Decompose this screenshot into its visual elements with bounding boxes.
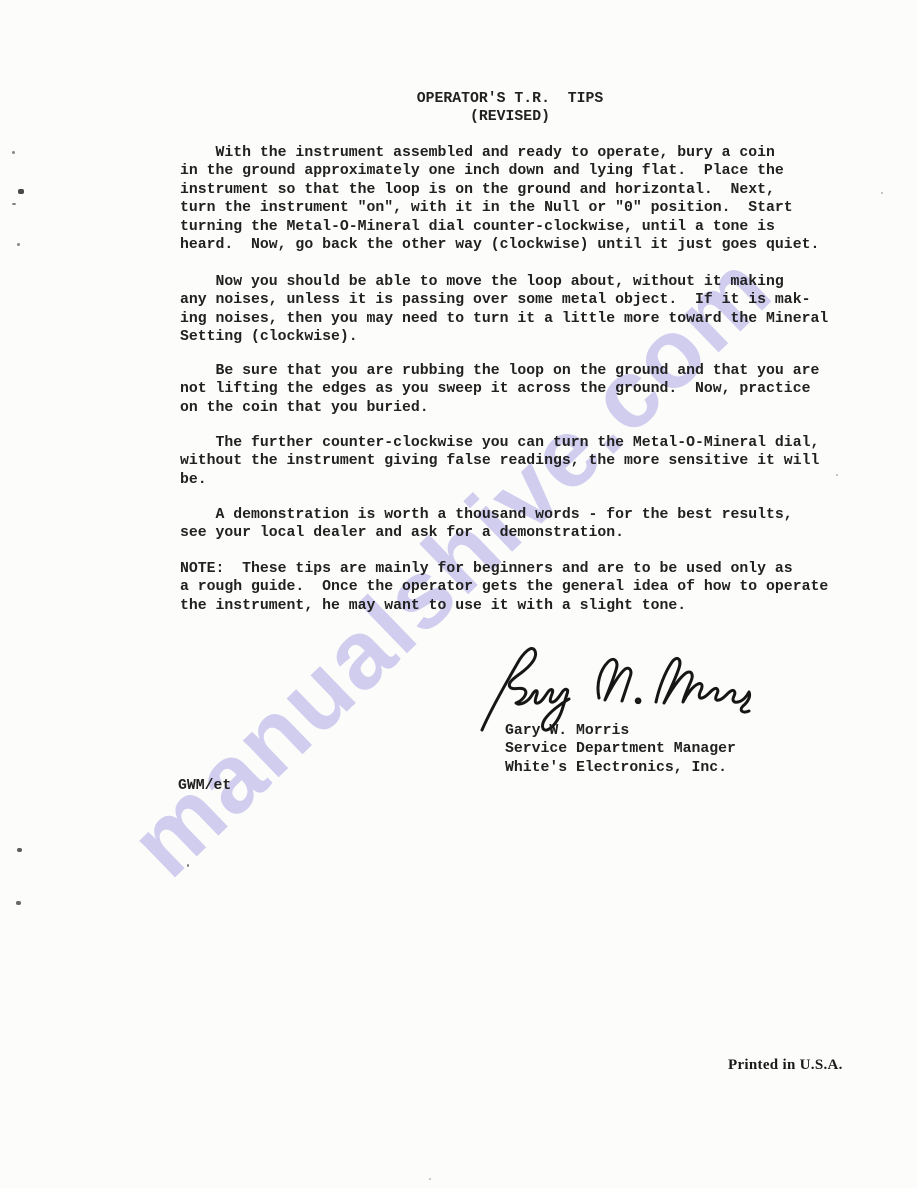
paragraph-5: A demonstration is worth a thousand word… <box>180 506 793 543</box>
scan-speck <box>16 901 21 905</box>
signature-stroke-period <box>636 699 640 703</box>
scan-speck <box>836 474 838 476</box>
scan-speck <box>18 189 24 194</box>
document-subtitle: (REVISED) <box>180 108 840 126</box>
paragraph-2: Now you should be able to move the loop … <box>180 273 828 347</box>
paragraph-note: NOTE: These tips are mainly for beginner… <box>180 560 828 615</box>
document-title-block: OPERATOR'S T.R. TIPS (REVISED) <box>180 90 840 127</box>
signoff-role: Service Department Manager <box>505 740 736 758</box>
typist-initials: GWM/et <box>178 777 231 795</box>
paragraph-4: The further counter-clockwise you can tu… <box>180 434 819 489</box>
signoff-block: Gary W. Morris Service Department Manage… <box>505 722 736 777</box>
scan-speck <box>17 243 20 246</box>
signoff-name: Gary W. Morris <box>505 722 736 740</box>
signature-stroke-last-name <box>656 658 750 712</box>
scanned-document-page: manualshive.com OPERATOR'S T.R. TIPS (RE… <box>0 0 918 1188</box>
document-title: OPERATOR'S T.R. TIPS <box>180 90 840 108</box>
paragraph-3: Be sure that you are rubbing the loop on… <box>180 362 819 417</box>
scan-speck <box>429 1178 431 1180</box>
signoff-company: White's Electronics, Inc. <box>505 759 736 777</box>
printed-in-usa: Printed in U.S.A. <box>728 1057 843 1074</box>
scan-speck <box>187 864 189 867</box>
signature-stroke-first-name <box>482 649 569 731</box>
document-content: OPERATOR'S T.R. TIPS (REVISED) With the … <box>0 0 918 1188</box>
scan-speck <box>881 192 883 194</box>
signature-handwriting <box>472 642 762 734</box>
scan-speck <box>12 203 16 205</box>
scan-speck <box>12 151 15 154</box>
scan-speck <box>17 848 22 852</box>
paragraph-1: With the instrument assembled and ready … <box>180 144 819 254</box>
signature-stroke-middle-initial <box>598 659 631 701</box>
